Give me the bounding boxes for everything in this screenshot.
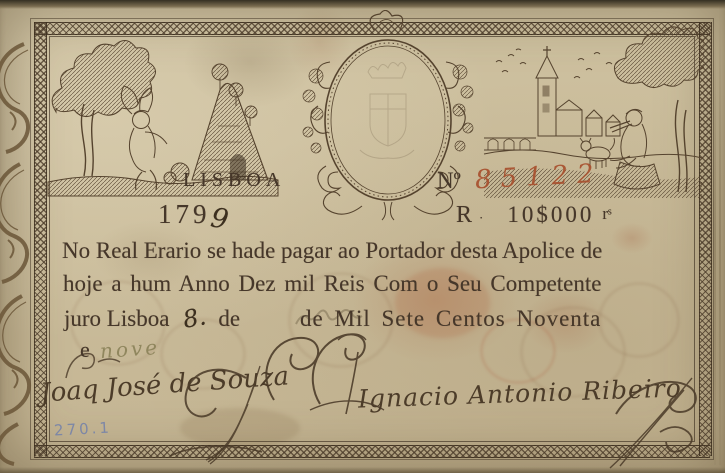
body-line3-end: de Mil Sete Centos Noventa (300, 306, 601, 331)
scan-top-edge (0, 0, 725, 9)
signature-right-flourish (600, 370, 705, 470)
day-handwritten: 8. (181, 302, 208, 334)
value-prefix: R (456, 202, 472, 229)
value-separator: · (479, 210, 483, 226)
body-line4-printed: e (80, 337, 90, 363)
body-line-2: hoje a hum Anno Dez mil Reis Com o Seu C… (63, 271, 602, 297)
body-line4-handwritten: nove (99, 335, 161, 363)
scan-bottom-edge (0, 467, 725, 473)
historical-banknote-scan: LISBOA 1799 Nº 85122 R · 10$000 rˢ No Re… (0, 0, 725, 473)
paper-crease (714, 10, 716, 465)
value-amount: 10$000 (507, 202, 594, 228)
body-line3-de: de (218, 306, 240, 331)
value-unit: rˢ (602, 204, 611, 224)
year: 1799 (158, 199, 232, 230)
paper-crease (719, 10, 721, 465)
place-label: LISBOA (183, 169, 285, 192)
value-row: R · 10$000 rˢ (456, 202, 612, 229)
body-line-3: juro Lisboa8.dede Mil Sete Centos Novent… (64, 304, 601, 332)
body-line-1: No Real Erario se hade pagar ao Portador… (62, 238, 602, 264)
pencil-inventory-number: 270.1 (54, 418, 113, 439)
number-label: Nº (437, 168, 461, 194)
counterfoil-ornament-letters (0, 14, 38, 466)
body-line3-start: juro Lisboa (64, 306, 169, 331)
year-printed: 179 (158, 199, 211, 229)
